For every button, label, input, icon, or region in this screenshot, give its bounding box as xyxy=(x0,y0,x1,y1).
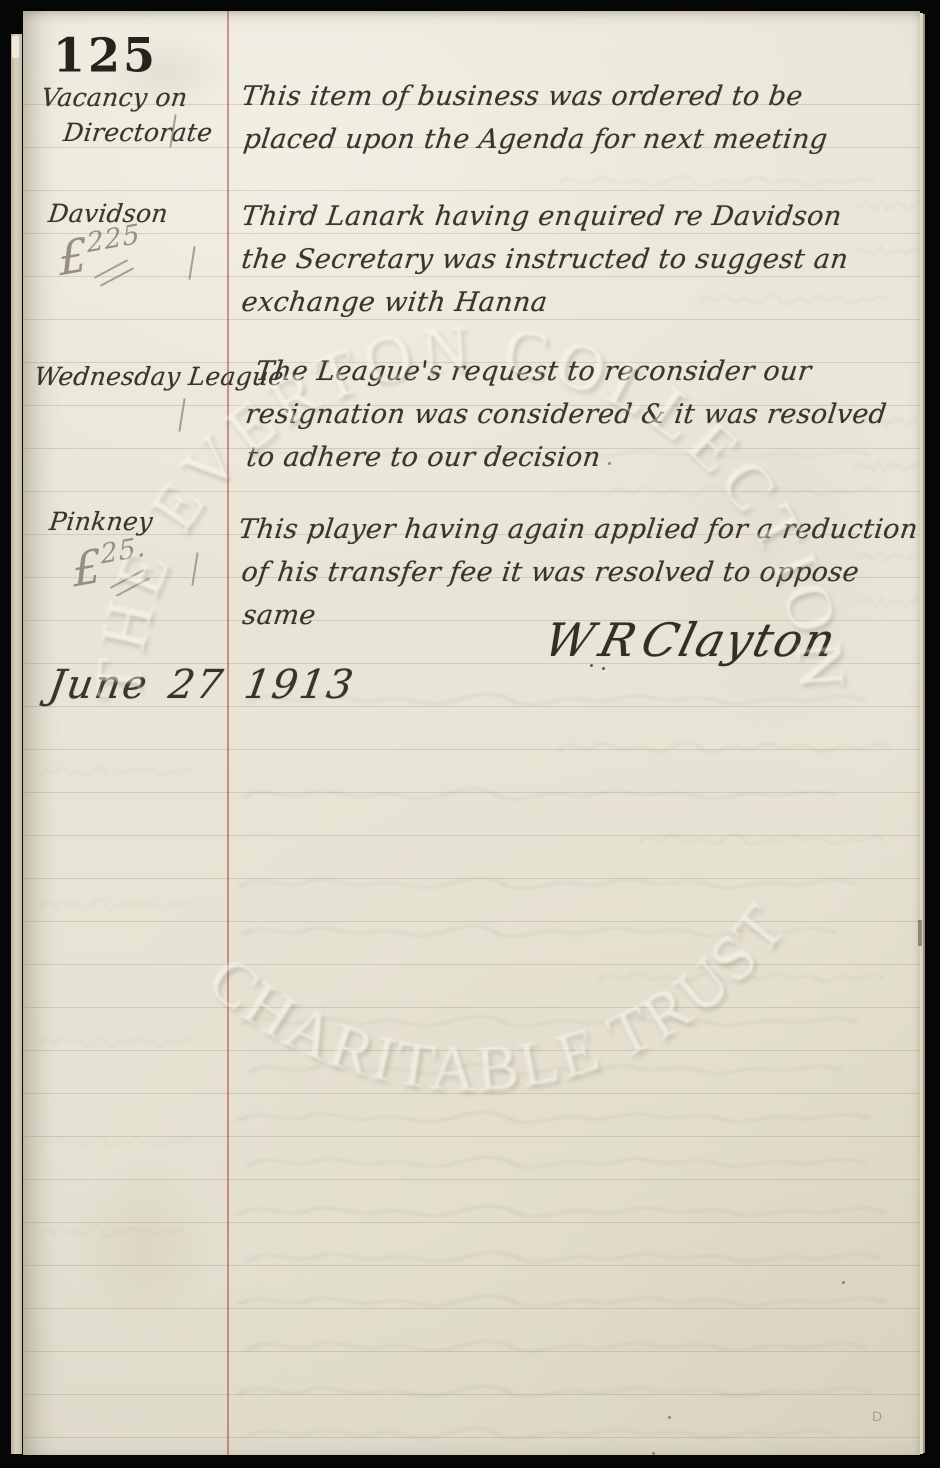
minute-entry-line: the Secretary was instructed to suggest … xyxy=(240,246,850,273)
ink-speck xyxy=(608,462,611,465)
pencil-tick xyxy=(191,552,198,586)
minute-entry-line: resignation was considered & it was reso… xyxy=(244,401,888,428)
ink-speck xyxy=(842,1281,845,1284)
page-content: 125 Vacancy on Directorate This item of … xyxy=(0,0,940,1468)
minute-entry-line: This item of business was ordered to be xyxy=(240,83,804,110)
margin-heading-vacancy-line2: Directorate xyxy=(62,120,214,145)
ink-speck xyxy=(668,1416,671,1419)
chairman-signature: W R Clayton xyxy=(540,617,842,663)
pencil-tick xyxy=(188,246,195,280)
margin-heading-davidson: Davidson xyxy=(47,201,170,226)
meeting-date: June 27 1913 xyxy=(46,665,358,705)
fore-edge-notch xyxy=(918,920,922,946)
page-edge-highlight xyxy=(12,36,19,58)
corner-mark: D xyxy=(872,1408,888,1424)
margin-heading-vacancy-line1: Vacancy on xyxy=(40,85,189,110)
minute-entry-line: exchange with Hanna xyxy=(240,289,549,316)
minute-entry-line: placed upon the Agenda for next meeting xyxy=(242,126,829,153)
page-number: 125 xyxy=(53,27,158,82)
margin-heading-pinkney: Pinkney xyxy=(48,509,154,534)
minute-entry-line: same xyxy=(241,602,317,629)
signature-dot xyxy=(590,664,593,667)
pound-sign: £ xyxy=(71,538,104,597)
minute-entry-line: of his transfer fee it was resolved to o… xyxy=(240,559,861,586)
margin-heading-wednesday-league: Wednesday League xyxy=(33,364,285,389)
minute-entry-line: Third Lanark having enquired re Davidson xyxy=(240,203,843,230)
pencil-tick xyxy=(178,398,185,432)
underlying-page-edge xyxy=(11,34,22,1454)
ink-speck xyxy=(652,1452,655,1455)
pound-sign: £ xyxy=(57,227,90,286)
minute-entry-line: to adhere to our decision xyxy=(245,444,602,471)
minute-entry-line: The League's request to reconsider our xyxy=(254,358,813,385)
signature-dot xyxy=(602,667,605,670)
fore-edge-strip xyxy=(923,14,925,1453)
minute-entry-line: This player having again applied for a r… xyxy=(237,516,919,543)
minute-book-photo: 125 Vacancy on Directorate This item of … xyxy=(0,0,940,1468)
